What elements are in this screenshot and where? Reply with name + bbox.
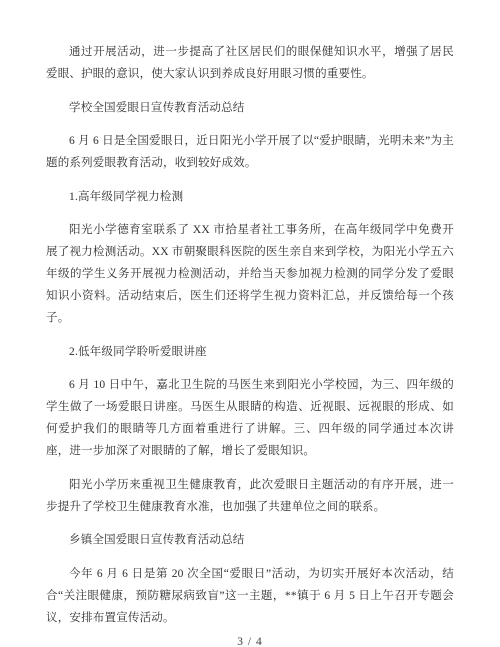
paragraph: 6 月 10 日中午，嘉北卫生院的马医生来到阳光小学校园，为三、四年级的学生做了… [46,374,454,462]
list-item-title: 1.高年级同学视力检测 [46,186,454,208]
paragraph: 通过开展活动，进一步提高了社区居民们的眼保健知识水平，增强了居民爱眼、护眼的意识… [46,41,454,85]
paragraph: 阳光小学德育室联系了 XX 市拾星者社工事务所，在高年级同学中免费开展了视力检测… [46,219,454,329]
paragraph: 阳光小学历来重视卫生健康教育，此次爱眼日主题活动的有序开展，进一步提升了学校卫生… [46,474,454,518]
section-title: 学校全国爱眼日宣传教育活动总结 [46,97,454,119]
document-page: 通过开展活动，进一步提高了社区居民们的眼保健知识水平，增强了居民爱眼、护眼的意识… [0,0,500,647]
paragraph: 6 月 6 日是全国爱眼日，近日阳光小学开展了以“爱护眼睛，光明未来”为主题的系… [46,130,454,174]
paragraph: 今年 6 月 6 日是第 20 次全国“爱眼日”活动，为切实开展好本次活动，结合… [46,563,454,629]
page-number: 3 / 4 [46,631,454,647]
section-title: 乡镇全国爱眼日宣传教育活动总结 [46,529,454,551]
list-item-title: 2.低年级同学聆听爱眼讲座 [46,341,454,363]
